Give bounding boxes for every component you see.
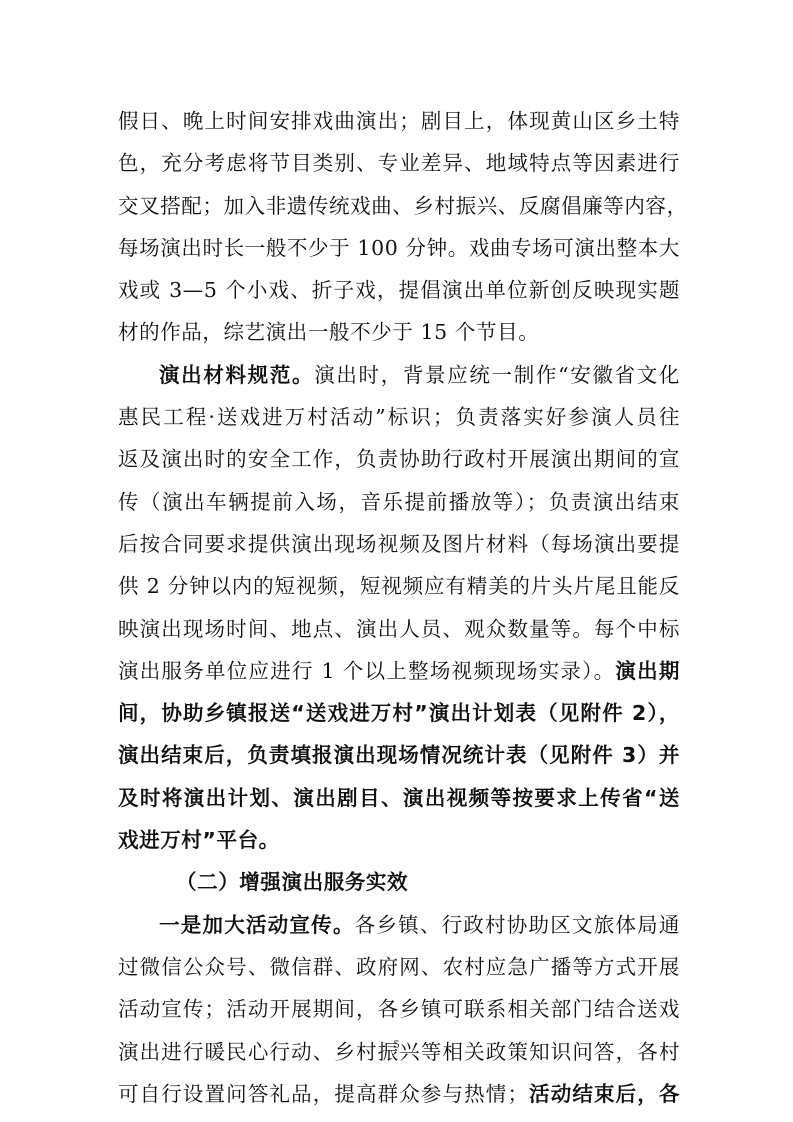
bold-text-line: 及时将演出计划、演出剧目、演出视频等按要求上传省“送 — [118, 777, 680, 819]
text-line: 交叉搭配；加入非遗传统戏曲、乡村振兴、反腐倡廉等内容， — [118, 185, 680, 227]
bold-lead: 一是加大活动宣传。 — [159, 913, 355, 937]
page-number: 5 — [0, 1037, 793, 1052]
text-line: 演出服务单位应进行 1 个以上整场视频现场实录）。演出期 — [118, 650, 680, 692]
section-heading: （二）增强演出服务实效 — [118, 861, 680, 903]
text-line: 材的作品，综艺演出一般不少于 15 个节目。 — [118, 311, 680, 353]
text-line: 传（演出车辆提前入场，音乐提前播放等）；负责演出结束 — [118, 481, 680, 523]
text-line: 假日、晚上时间安排戏曲演出；剧目上，体现黄山区乡土特 — [118, 100, 680, 142]
text-line: 色，充分考虑将节目类别、专业差异、地域特点等因素进行 — [118, 142, 680, 184]
text-line: 供 2 分钟以内的短视频，短视频应有精美的片头片尾且能反 — [118, 565, 680, 607]
text-line: 映演出现场时间、地点、演出人员、观众数量等。每个中标 — [118, 608, 680, 650]
bold-lead: 演出材料规范。 — [159, 363, 314, 387]
bold-text-line: 戏进万村”平台。 — [118, 819, 680, 861]
bold-text-line: 演出结束后，负责填报演出现场情况统计表（见附件 3）并 — [118, 734, 680, 776]
text-line: 戏或 3—5 个小戏、折子戏，提倡演出单位新创反映现实题 — [118, 269, 680, 311]
text-line: 后按合同要求提供演出现场视频及图片材料（每场演出要提 — [118, 523, 680, 565]
text-line: 活动宣传；活动开展期间，各乡镇可联系相关部门结合送戏 — [118, 988, 680, 1030]
bold-text-line: 间，协助乡镇报送“送戏进万村”演出计划表（见附件 2）， — [118, 692, 680, 734]
document-page: 假日、晚上时间安排戏曲演出；剧目上，体现黄山区乡土特 色，充分考虑将节目类别、专… — [118, 100, 680, 1115]
text-line: 可自行设置问答礼品，提高群众参与热情；活动结束后，各 — [118, 1073, 680, 1115]
text-line: 每场演出时长一般不少于 100 分钟。戏曲专场可演出整本大 — [118, 227, 680, 269]
text-line: 惠民工程·送戏进万村活动”标识；负责落实好参演人员往 — [118, 396, 680, 438]
text-line: 返及演出时的安全工作，负责协助行政村开展演出期间的宣 — [118, 438, 680, 480]
paragraph-heading-line: 演出材料规范。演出时，背景应统一制作“安徽省文化 — [118, 354, 680, 396]
text-line: 过微信公众号、微信群、政府网、农村应急广播等方式开展 — [118, 946, 680, 988]
paragraph-heading-line: 一是加大活动宣传。各乡镇、行政村协助区文旅体局通 — [118, 904, 680, 946]
